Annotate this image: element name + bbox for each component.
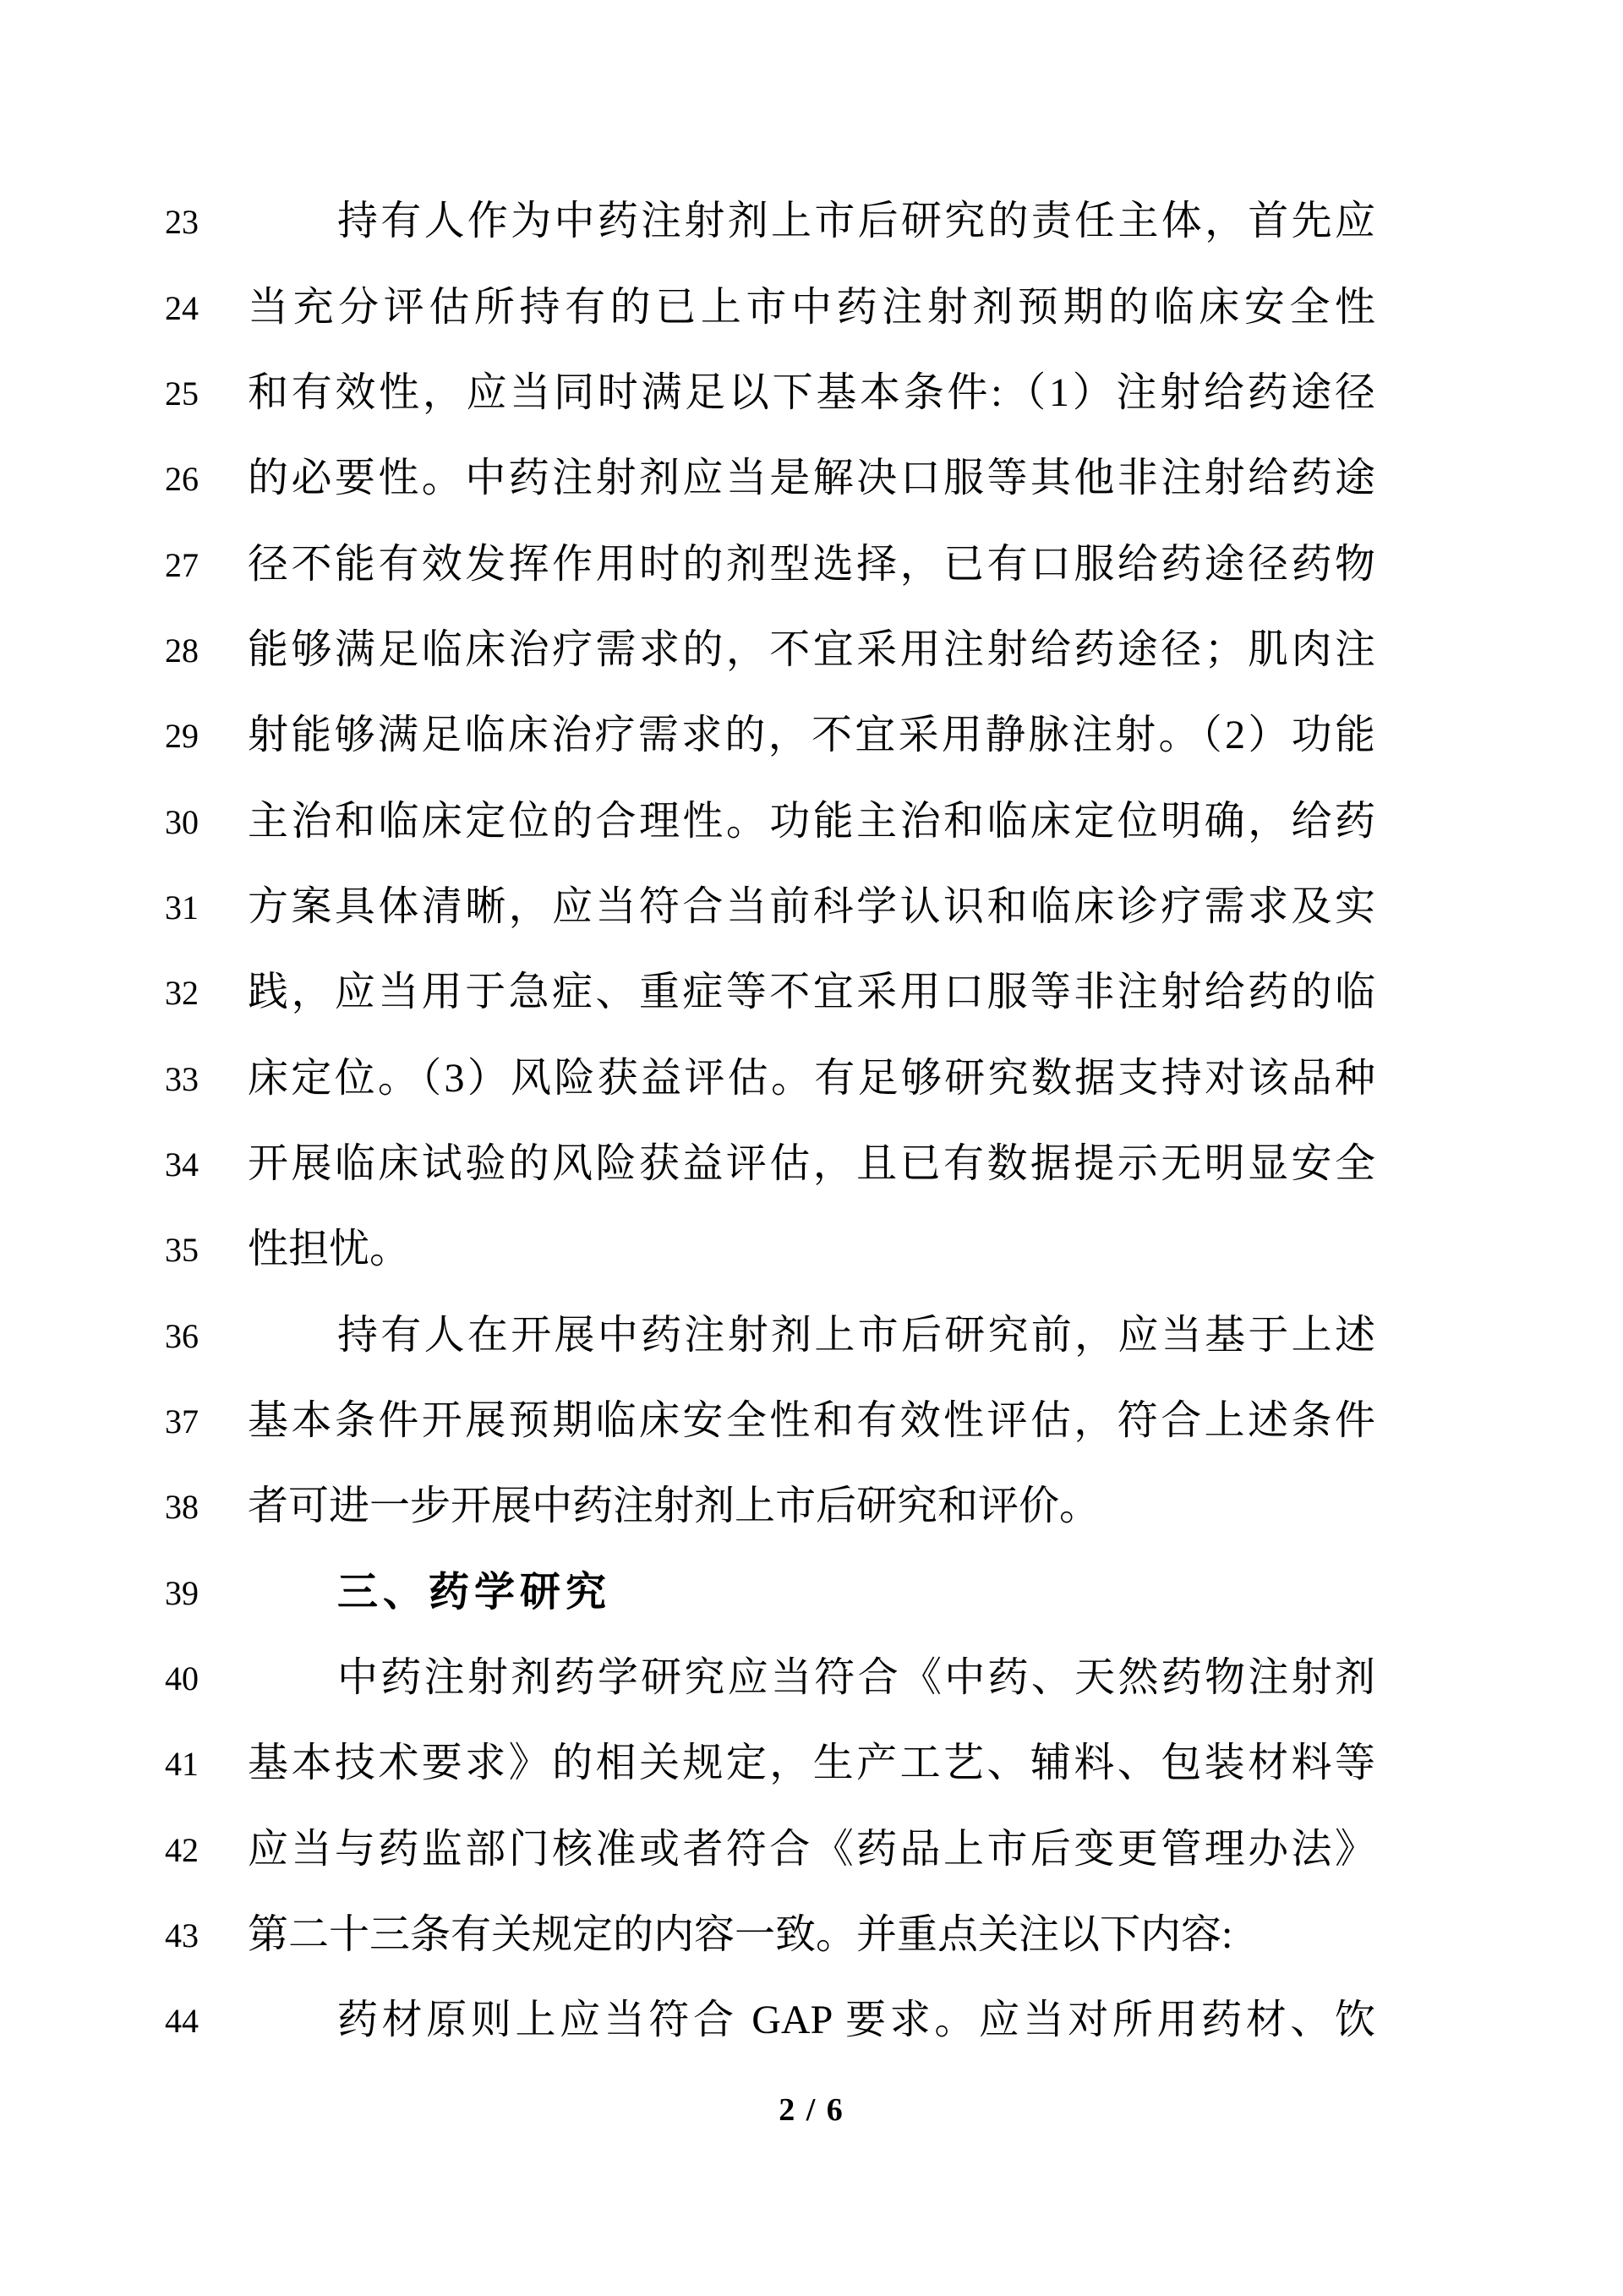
document-line: 29射能够满足临床治疗需求的，不宜采用静脉注射。（2）功能 — [0, 686, 1623, 771]
line-text: 性担忧。 — [248, 1229, 1375, 1270]
document-line: 30主治和临床定位的合理性。功能主治和临床定位明确，给药 — [0, 771, 1623, 856]
line-number: 26 — [165, 462, 199, 496]
document-line: 34开展临床试验的风险获益评估，且已有数据提示无明显安全 — [0, 1114, 1623, 1200]
document-line: 31方案具体清晰，应当符合当前科学认识和临床诊疗需求及实 — [0, 857, 1623, 943]
document-line: 41基本技术要求》的相关规定，生产工艺、辅料、包装材料等 — [0, 1714, 1623, 1799]
line-text: 第二十三条有关规定的内容一致。并重点关注以下内容: — [248, 1915, 1375, 1955]
document-line: 33床定位。（3）风险获益评估。有足够研究数据支持对该品种 — [0, 1028, 1623, 1113]
line-number: 36 — [165, 1320, 199, 1353]
line-number: 38 — [165, 1490, 199, 1524]
document-line: 23持有人作为中药注射剂上市后研究的责任主体，首先应 — [0, 172, 1623, 257]
document-line: 43第二十三条有关规定的内容一致。并重点关注以下内容: — [0, 1885, 1623, 1971]
line-text: 床定位。（3）风险获益评估。有足够研究数据支持对该品种 — [248, 1058, 1375, 1099]
line-text: 中药注射剂药学研究应当符合《中药、天然药物注射剂 — [248, 1658, 1375, 1698]
line-text: 持有人作为中药注射剂上市后研究的责任主体，首先应 — [248, 201, 1375, 242]
document-line: 25和有效性，应当同时满足以下基本条件:（1）注射给药途径 — [0, 343, 1623, 429]
line-text: 药材原则上应当符合 GAP 要求。应当对所用药材、饮 — [248, 2000, 1375, 2041]
line-text: 基本条件开展预期临床安全性和有效性评估，符合上述条件 — [248, 1401, 1375, 1441]
document-page: 23持有人作为中药注射剂上市后研究的责任主体，首先应24当充分评估所持有的已上市… — [0, 0, 1623, 2296]
line-number: 35 — [165, 1233, 199, 1267]
line-text: 能够满足临床治疗需求的，不宜采用注射给药途径；肌肉注 — [248, 630, 1375, 670]
line-number: 24 — [165, 292, 199, 325]
document-line: 38者可进一步开展中药注射剂上市后研究和评价。 — [0, 1457, 1623, 1542]
line-number: 34 — [165, 1148, 199, 1182]
line-text: 当充分评估所持有的已上市中药注射剂预期的临床安全性 — [248, 287, 1375, 328]
page-number: 2 / 6 — [0, 2094, 1623, 2126]
document-body: 23持有人作为中药注射剂上市后研究的责任主体，首先应24当充分评估所持有的已上市… — [0, 172, 1623, 2056]
line-number: 29 — [165, 719, 199, 753]
document-line: 37基本条件开展预期临床安全性和有效性评估，符合上述条件 — [0, 1371, 1623, 1457]
line-text: 者可进一步开展中药注射剂上市后研究和评价。 — [248, 1486, 1375, 1527]
line-number: 44 — [165, 2004, 199, 2038]
line-text: 践，应当用于急症、重症等不宜采用口服等非注射给药的临 — [248, 972, 1375, 1013]
line-number: 33 — [165, 1063, 199, 1096]
document-line: 35性担忧。 — [0, 1200, 1623, 1285]
document-line: 28能够满足临床治疗需求的，不宜采用注射给药途径；肌肉注 — [0, 600, 1623, 686]
document-line: 36持有人在开展中药注射剂上市后研究前，应当基于上述 — [0, 1285, 1623, 1370]
line-number: 32 — [165, 976, 199, 1010]
line-text: 的必要性。中药注射剂应当是解决口服等其他非注射给药途 — [248, 458, 1375, 499]
document-line: 32践，应当用于急症、重症等不宜采用口服等非注射给药的临 — [0, 943, 1623, 1028]
line-number: 41 — [165, 1747, 199, 1781]
line-number: 27 — [165, 549, 199, 582]
document-line: 24当充分评估所持有的已上市中药注射剂预期的临床安全性 — [0, 257, 1623, 342]
document-line: 44药材原则上应当符合 GAP 要求。应当对所用药材、饮 — [0, 1971, 1623, 2056]
line-number: 39 — [165, 1577, 199, 1610]
document-line: 42应当与药监部门核准或者符合《药品上市后变更管理办法》 — [0, 1799, 1623, 1884]
line-number: 43 — [165, 1919, 199, 1953]
line-text: 开展临床试验的风险获益评估，且已有数据提示无明显安全 — [248, 1144, 1375, 1184]
line-text: 持有人在开展中药注射剂上市后研究前，应当基于上述 — [248, 1315, 1375, 1356]
section-heading: 三、药学研究 — [248, 1572, 1375, 1613]
line-number: 30 — [165, 806, 199, 839]
line-text: 径不能有效发挥作用时的剂型选择，已有口服给药途径药物 — [248, 544, 1375, 585]
line-number: 37 — [165, 1405, 199, 1439]
document-line: 27径不能有效发挥作用时的剂型选择，已有口服给药途径药物 — [0, 514, 1623, 599]
document-line: 26的必要性。中药注射剂应当是解决口服等其他非注射给药途 — [0, 429, 1623, 514]
line-number: 28 — [165, 634, 199, 668]
line-text: 基本技术要求》的相关规定，生产工艺、辅料、包装材料等 — [248, 1743, 1375, 1784]
line-number: 42 — [165, 1834, 199, 1867]
line-number: 31 — [165, 891, 199, 925]
document-line: 39三、药学研究 — [0, 1542, 1623, 1627]
line-number: 25 — [165, 377, 199, 411]
line-number: 23 — [165, 205, 199, 239]
line-text: 方案具体清晰，应当符合当前科学认识和临床诊疗需求及实 — [248, 887, 1375, 927]
line-number: 40 — [165, 1662, 199, 1696]
document-line: 40中药注射剂药学研究应当符合《中药、天然药物注射剂 — [0, 1628, 1623, 1714]
line-text: 主治和临床定位的合理性。功能主治和临床定位明确，给药 — [248, 801, 1375, 842]
line-text: 射能够满足临床治疗需求的，不宜采用静脉注射。（2）功能 — [248, 715, 1375, 756]
line-text: 和有效性，应当同时满足以下基本条件:（1）注射给药途径 — [248, 373, 1375, 413]
line-text: 应当与药监部门核准或者符合《药品上市后变更管理办法》 — [248, 1829, 1375, 1870]
